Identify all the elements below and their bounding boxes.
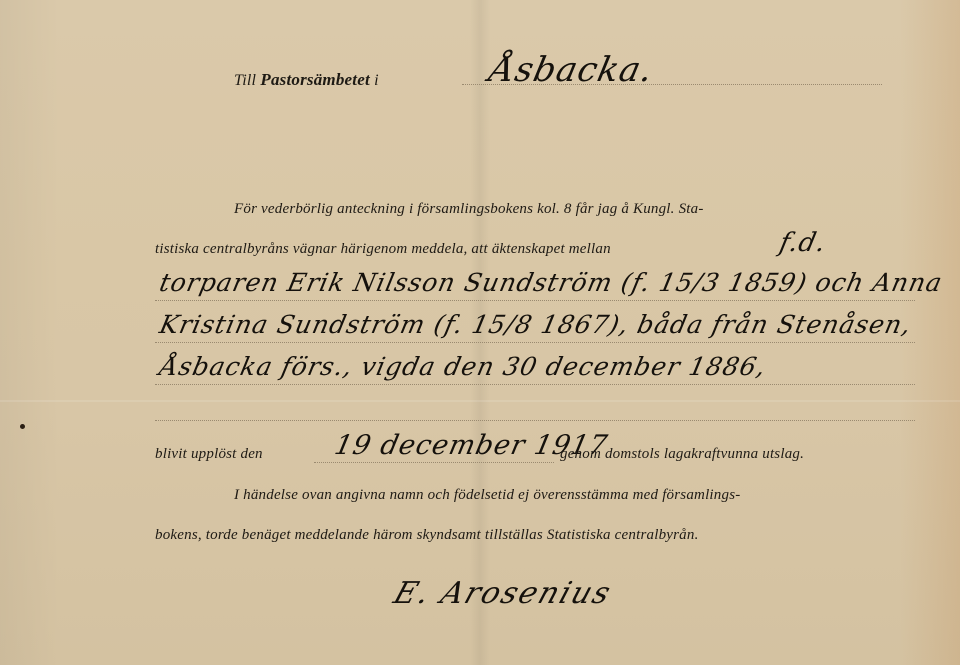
- paragraph1-line2-handwritten: f.d.: [780, 228, 826, 258]
- header-prefix: Till: [234, 72, 256, 89]
- paragraph2-start: blivit upplöst den: [155, 446, 263, 463]
- rule-line-4: [155, 420, 915, 421]
- paper-speck: [20, 424, 25, 429]
- paper-fold: [0, 400, 960, 402]
- handwritten-line-1: torparen Erik Nilsson Sundström (f. 15/3…: [160, 268, 942, 297]
- rule-line-1: [155, 300, 915, 301]
- paragraph2-end: genom domstols lagakraftvunna utslag.: [560, 446, 804, 463]
- header-line: Till Pastorsämbetet i: [234, 70, 379, 90]
- paragraph1-line2: tistiska centralbyråns vägnar härigenom …: [155, 241, 611, 258]
- handwritten-line-2: Kristina Sundström (f. 15/8 1867), båda …: [160, 310, 911, 339]
- header-preposition: i: [374, 72, 379, 89]
- date-field-line: [314, 462, 554, 463]
- rule-line-3: [155, 384, 915, 385]
- paragraph3-line1: I händelse ovan angivna namn och födelse…: [234, 487, 740, 504]
- paragraph1-line1: För vederbörlig anteckning i församlings…: [234, 201, 704, 218]
- document-page: Till Pastorsämbetet i Åsbacka. För veder…: [0, 0, 960, 665]
- header-office: Pastorsämbetet: [260, 70, 370, 89]
- signature: E. Arosenius: [389, 576, 616, 611]
- rule-line-2: [155, 342, 915, 343]
- parish-handwritten: Åsbacka.: [486, 50, 657, 90]
- paragraph3-line2: bokens, torde benäget meddelande härom s…: [155, 527, 699, 544]
- handwritten-line-3: Åsbacka förs., vigda den 30 december 188…: [160, 352, 766, 381]
- parish-field: Åsbacka.: [490, 50, 653, 90]
